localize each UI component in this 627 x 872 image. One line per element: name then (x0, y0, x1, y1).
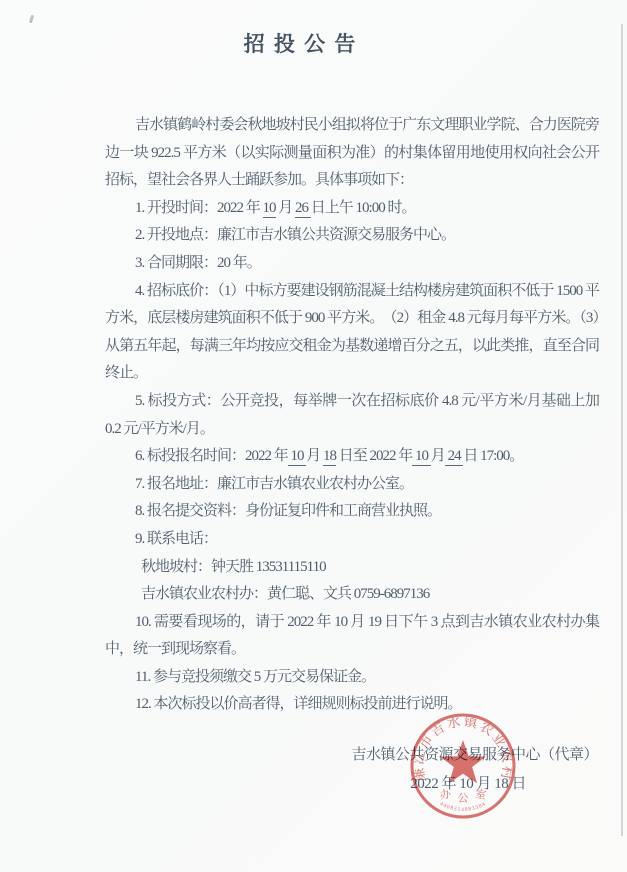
item-10: 10. 需要看现场的，请于 2022 年 10 月 19 日下午 3 点到吉水镇… (105, 609, 599, 664)
text-segment: 日上午 10:00 时。 (311, 200, 416, 216)
text-segment: 6. 标投报名时间：2022 年 (135, 448, 288, 464)
text-segment: 日 17:00。 (463, 448, 523, 464)
underlined-value: 18 (323, 448, 336, 466)
underlined-value: 26 (295, 200, 311, 218)
text-segment: 月 (306, 448, 323, 464)
seal-bottom-text-char1: 办 (439, 786, 453, 802)
contact-line-1: 秋地坡村：钟天胜 13531115110 (105, 554, 599, 582)
item-6: 6. 标投报名时间：2022 年 10 月 18 日至 2022 年 10 月 … (105, 443, 599, 471)
document-flow: 吉水镇鹤岭村委会秋地坡村民小组拟将位于广东文理职业学院、合力医院旁边一块 922… (105, 112, 599, 719)
scan-speck (29, 15, 34, 24)
text-segment: 日至 2022 年 (336, 448, 412, 464)
item-4: 4. 招标底价：（1）中标方要建设钢筋混凝土结构楼房建筑面积不低于 1500 平… (105, 278, 599, 388)
contact-line-2: 吉水镇农业农村办：黄仁聪、文兵 0759-6897136 (105, 581, 599, 609)
underlined-value: 10 (412, 448, 431, 466)
item-11: 11. 参与竞投须缴交 5 万元交易保证金。 (105, 664, 599, 692)
page-title: 招 投 公 告 (0, 28, 614, 58)
seal-bottom-text-char3: 室 (474, 786, 487, 802)
official-seal: 廉江市吉水镇农业农村 办 公 室 4408314083384 (405, 708, 521, 824)
item-12: 12. 本次标投以价高者得，详细规则标投前进行说明。 (105, 691, 599, 719)
item-7: 7. 报名地址：廉江市吉水镇农业农村办公室。 (105, 471, 599, 499)
underlined-value: 24 (445, 448, 464, 466)
seal-star-icon (440, 740, 486, 783)
underlined-value: 10 (263, 200, 276, 218)
item-5: 5. 标投方式：公开竞投，每举牌一次在招标底价 4.8 元/平方米/月基础上加 … (105, 388, 599, 443)
seal-bottom-text-char2: 公 (458, 793, 469, 805)
item-3: 3. 合同期限：20 年。 (105, 250, 599, 278)
text-segment: 月 (431, 448, 445, 464)
underlined-value: 10 (288, 448, 307, 466)
text-segment: 1. 开投时间：2022 年 (135, 200, 263, 216)
item-9: 9. 联系电话： (105, 526, 599, 554)
scanned-document-page: 招 投 公 告 吉水镇鹤岭村委会秋地坡村民小组拟将位于广东文理职业学院、合力医院… (0, 0, 627, 872)
scan-edge-line (621, 24, 623, 836)
item-1: 1. 开投时间：2022 年 10 月 26 日上午 10:00 时。 (105, 195, 599, 223)
intro-paragraph: 吉水镇鹤岭村委会秋地坡村民小组拟将位于广东文理职业学院、合力医院旁边一块 922… (105, 112, 599, 195)
item-2: 2. 开投地点：廉江市吉水镇公共资源交易服务中心。 (105, 222, 599, 250)
text-segment: 月 (276, 200, 296, 216)
item-8: 8. 报名提交资料：身份证复印件和工商营业执照。 (105, 498, 599, 526)
